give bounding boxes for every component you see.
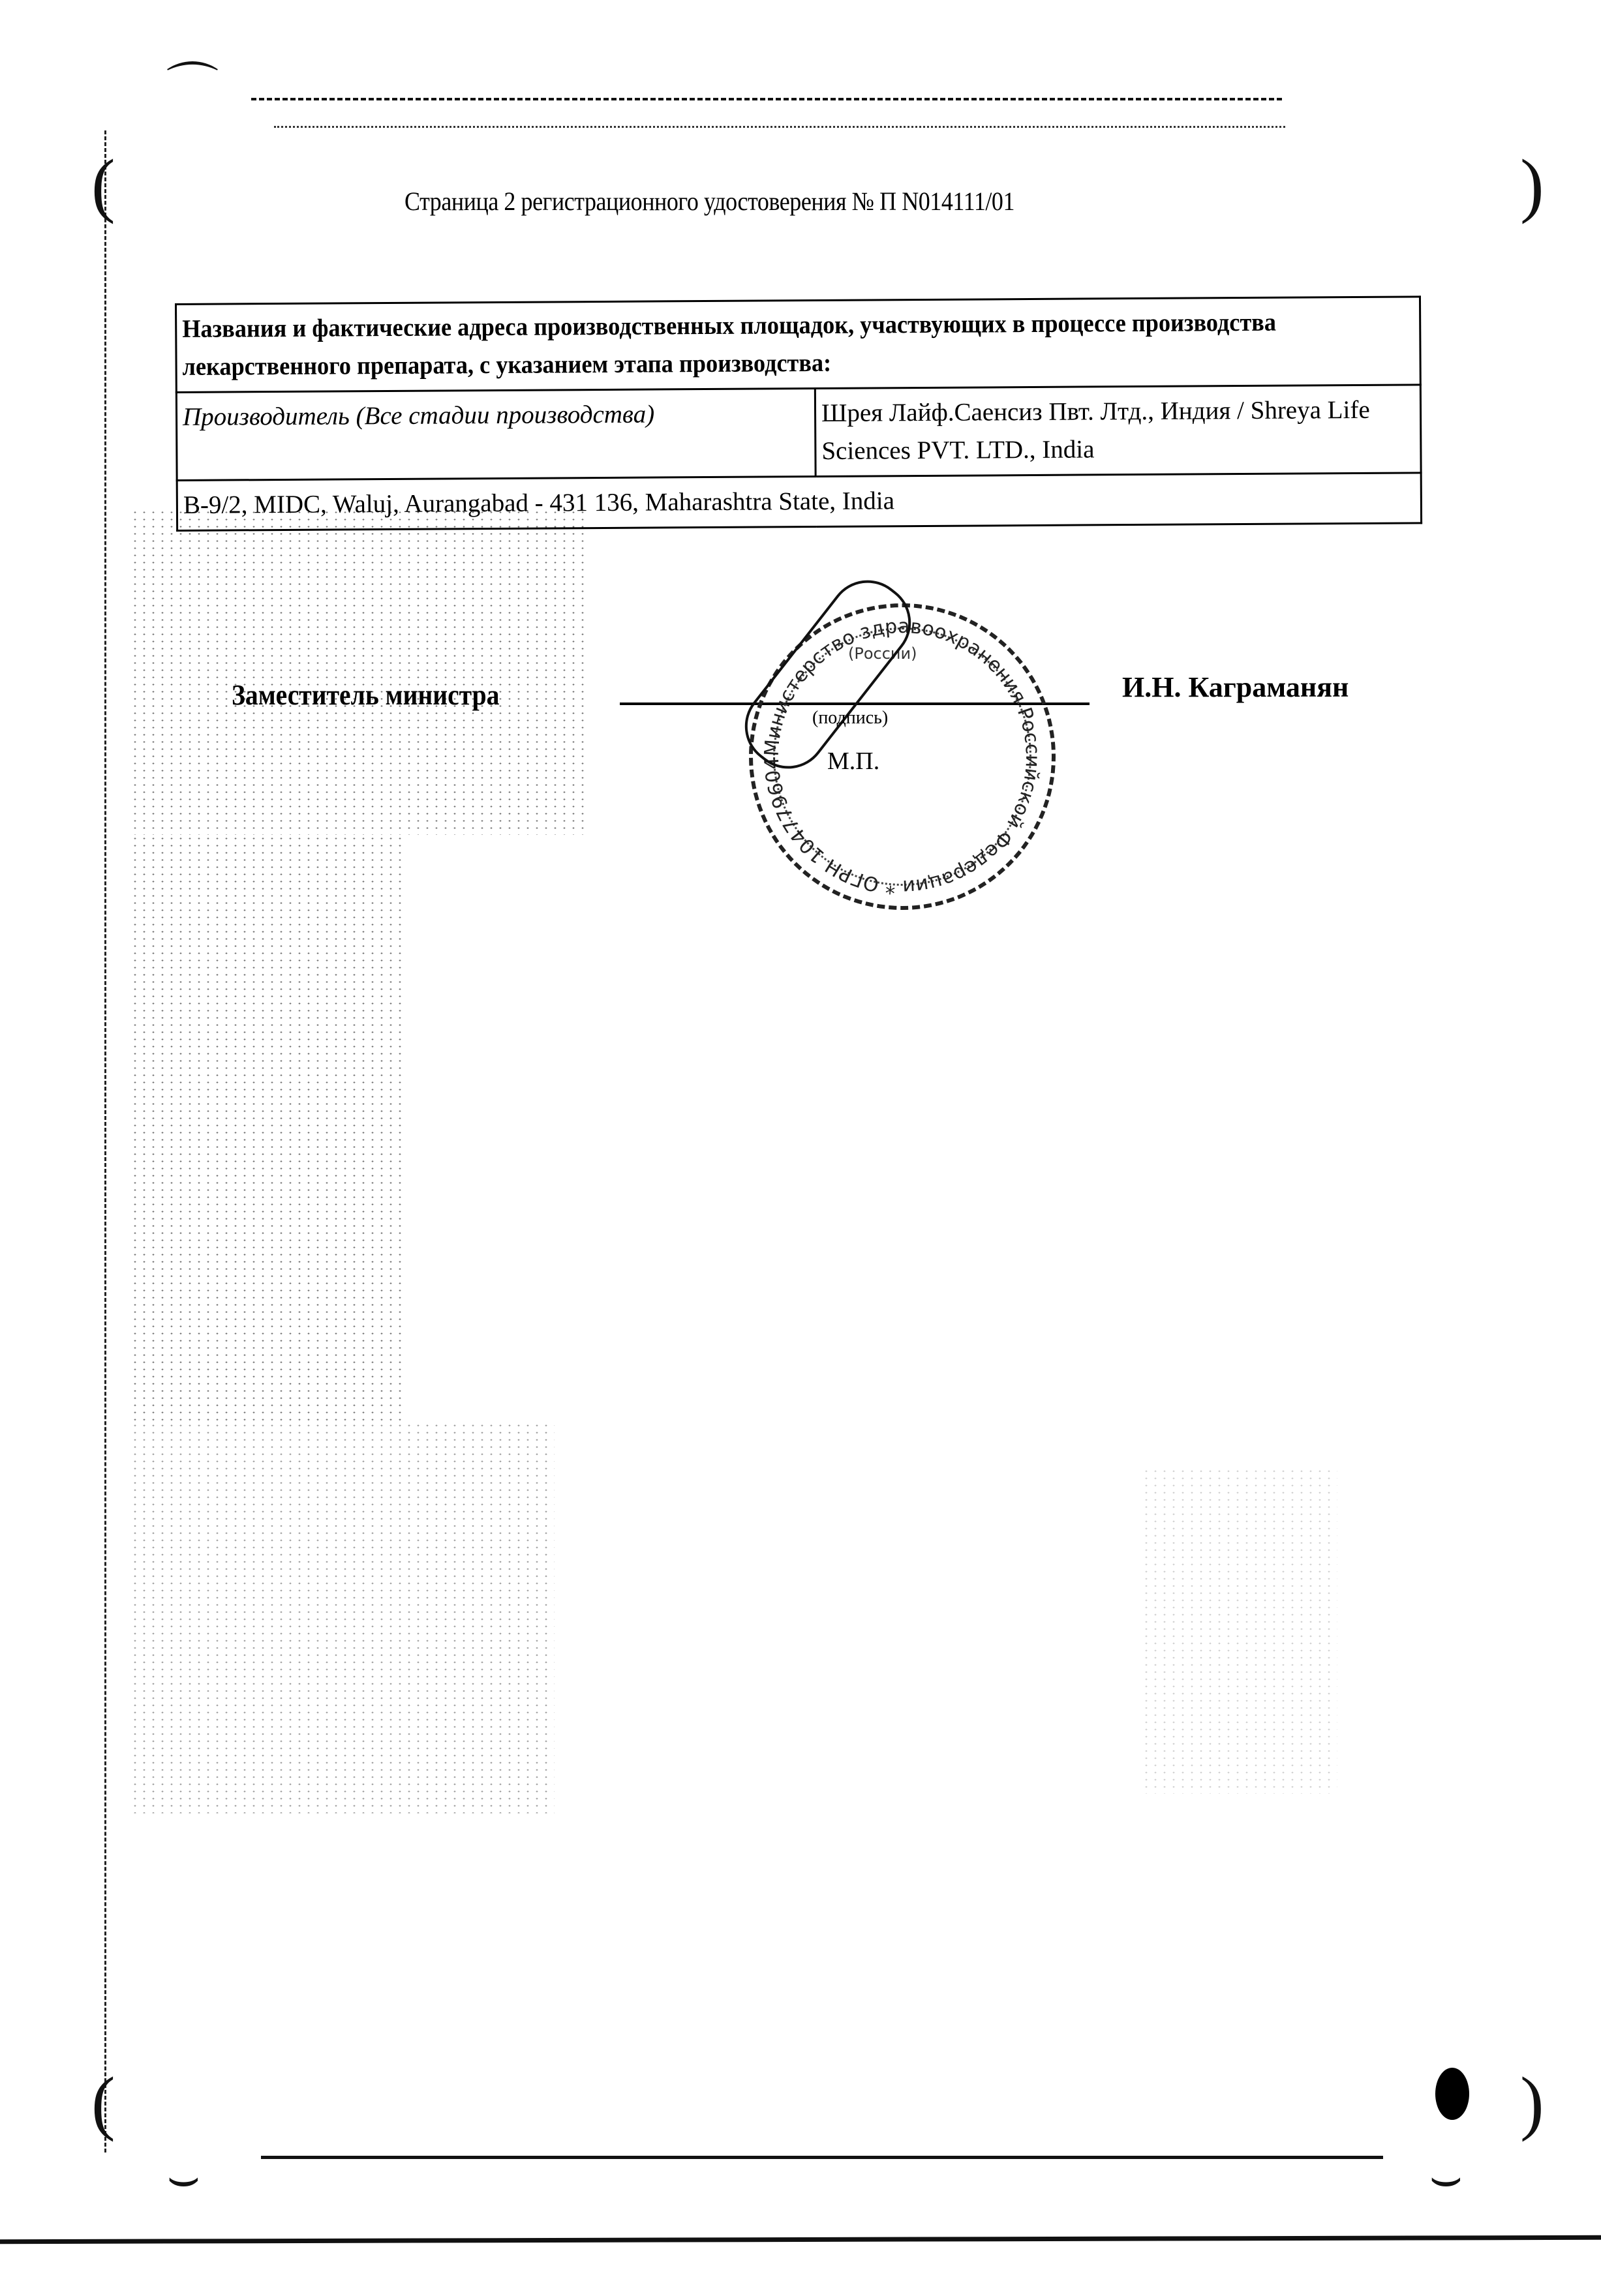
seal-caption: М.П. (827, 747, 879, 776)
seal-ring-text: Министерство здравоохранения Российской … (0, 0, 1601, 2296)
signature-caption: (подпись) (812, 708, 888, 729)
svg-text:Министерство здравоохранения Р: Министерство здравоохранения Российской … (0, 0, 1044, 898)
